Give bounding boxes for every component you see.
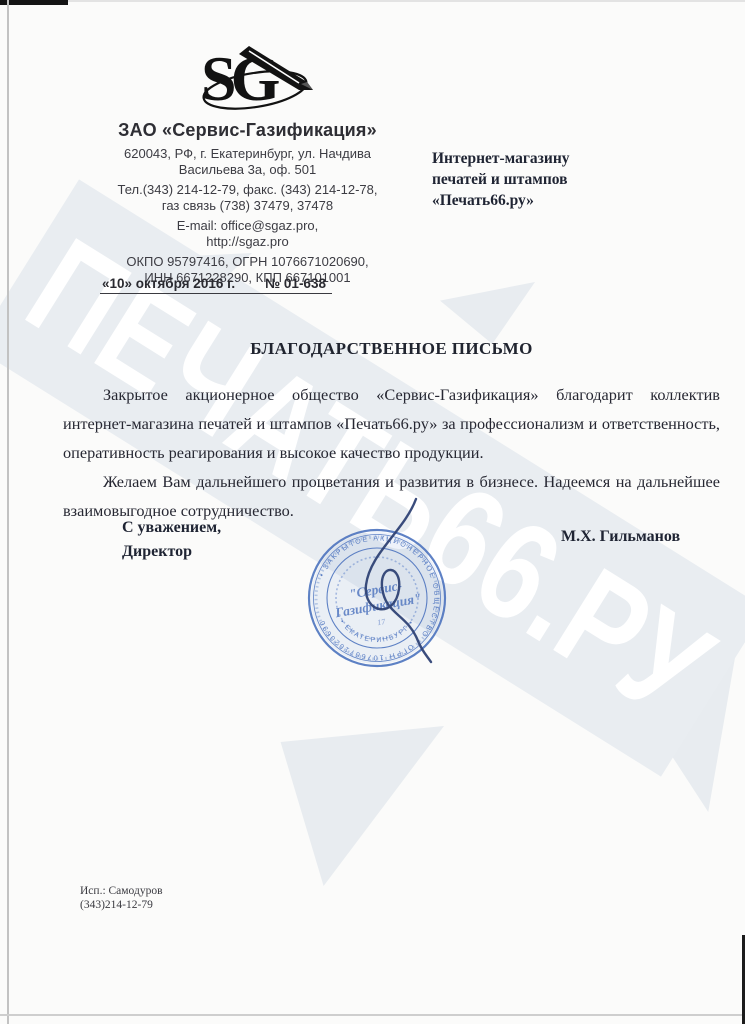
scan-edge-top (68, 0, 745, 2)
letterhead-address-line: Васильева 3а, оф. 501 (65, 162, 430, 178)
letter-content: SG ЗАО «Сервис-Газификация» 620043, РФ, … (0, 0, 745, 1024)
closing-block: С уважением, Директор (122, 516, 221, 564)
document-title: БЛАГОДАРСТВЕННОЕ ПИСЬМО (63, 339, 720, 359)
company-logo: SG (65, 38, 430, 116)
scan-edge-bottom (0, 1014, 745, 1016)
scan-edge-top-dark (0, 0, 68, 5)
recipient-block: Интернет-магазину печатей и штампов «Печ… (432, 148, 570, 211)
letterhead-email-line: E-mail: office@sgaz.pro, (65, 218, 430, 234)
executor-footer: Исп.: Самодуров (343)214-12-79 (80, 884, 163, 912)
stamp-area: • ЗАКРЫТОЕ АКЦИОНЕРНОЕ ОБЩЕСТВО • ОГРН 1… (300, 495, 460, 675)
recipient-line: «Печать66.ру» (432, 190, 570, 211)
scan-edge-left (7, 0, 9, 1024)
signer-position: Директор (122, 540, 221, 564)
letterhead-phone-line: Тел.(343) 214-12-79, факс. (343) 214-12-… (65, 182, 430, 198)
company-stamp: • ЗАКРЫТОЕ АКЦИОНЕРНОЕ ОБЩЕСТВО • ОГРН 1… (300, 495, 460, 675)
letter-number: № 01-638 (265, 276, 326, 291)
letter-date: «10» октября 2016 г. (102, 276, 235, 291)
closing-line: С уважением, (122, 516, 221, 540)
letterhead-address-line: 620043, РФ, г. Екатеринбург, ул. Начдива (65, 146, 430, 162)
letterhead-phone-line: газ связь (738) 37479, 37478 (65, 198, 430, 214)
letterhead-website-line: http://sgaz.pro (65, 234, 430, 250)
recipient-line: Интернет-магазину (432, 148, 570, 169)
recipient-line: печатей и штампов (432, 169, 570, 190)
body-paragraph: Закрытое акционерное общество «Сервис-Га… (63, 380, 720, 467)
sg-logo-icon: SG (173, 38, 323, 116)
date-and-number-line: «10» октября 2016 г.№ 01-638 (100, 276, 332, 294)
scanned-letter-page: ПЕЧАТЬ66.РУ SG ЗАО «Сервис-Газификация» … (0, 0, 745, 1024)
signer-name: М.Х. Гильманов (561, 528, 680, 546)
executor-phone-line: (343)214-12-79 (80, 898, 163, 912)
executor-name-line: Исп.: Самодуров (80, 884, 163, 898)
letterhead-registry-line: ОКПО 95797416, ОГРН 1076671020690, (65, 254, 430, 270)
company-name: ЗАО «Сервис-Газификация» (65, 120, 430, 141)
letterhead: SG ЗАО «Сервис-Газификация» 620043, РФ, … (65, 38, 430, 285)
